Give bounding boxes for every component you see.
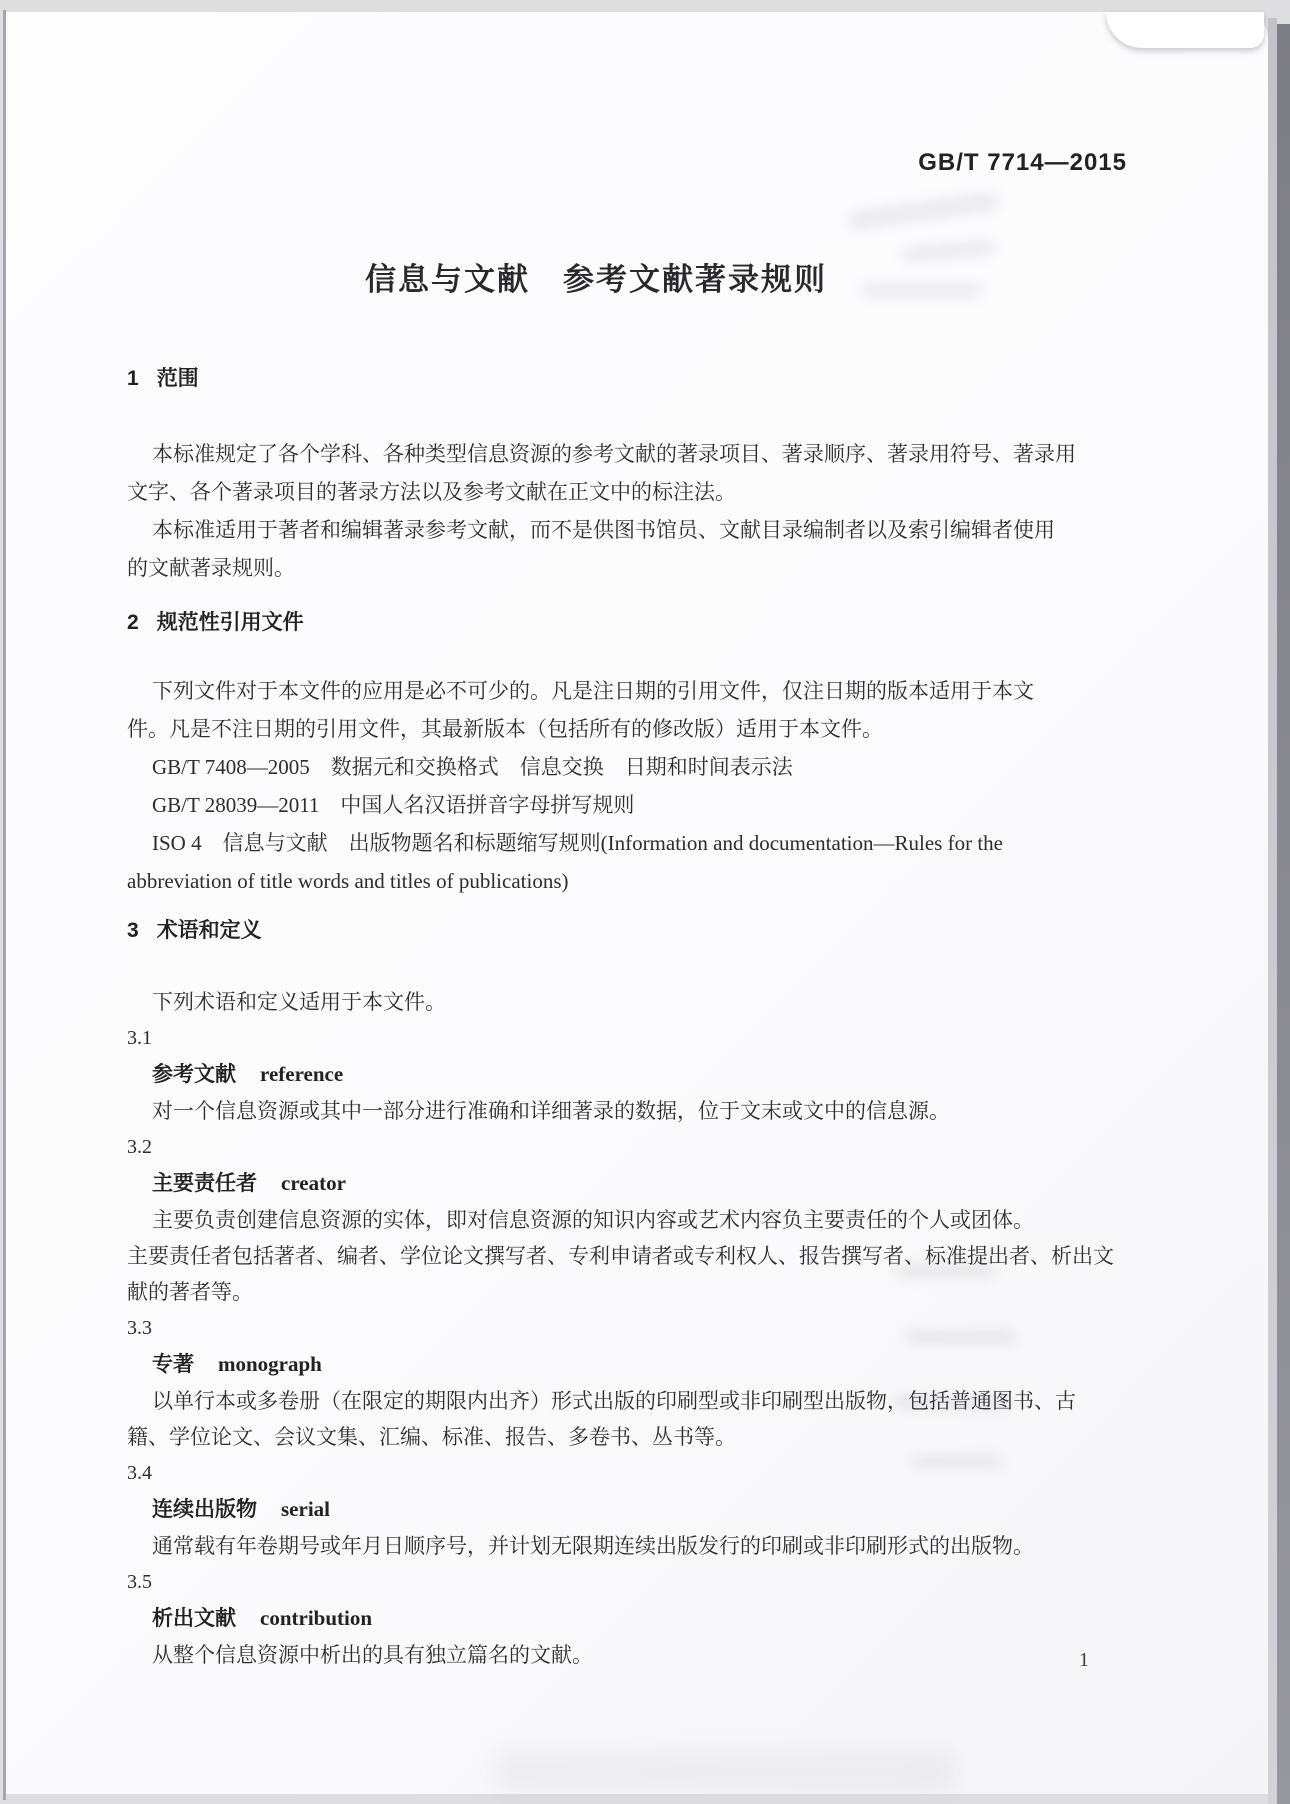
paragraph-line: 的文献著录规则。 [127, 549, 1109, 587]
section-3-label: 术语和定义 [157, 919, 262, 942]
scan-smudge [496, 1752, 956, 1792]
term-definition-line: 主要负责创建信息资源的实体，即对信息资源的知识内容或艺术内容负主要责任的个人或团… [127, 1202, 1109, 1238]
term-3-4-number: 3.4 [127, 1455, 1109, 1491]
paragraph-line: 件。凡是不注日期的引用文件，其最新版本（包括所有的修改版）适用于本文件。 [127, 710, 1109, 748]
term-english: monograph [218, 1352, 322, 1376]
document-body: 1范围 本标准规定了各个学科、各种类型信息资源的参考文献的著录项目、著录顺序、著… [127, 364, 1109, 1673]
section-1-paragraph-2: 本标准适用于著者和编辑著录参考文献，而不是供图书馆员、文献目录编制者以及索引编辑… [127, 511, 1109, 587]
term-english: reference [260, 1062, 343, 1086]
paragraph-line: 本标准适用于著者和编辑著录参考文献，而不是供图书馆员、文献目录编制者以及索引编辑… [127, 511, 1109, 549]
reference-item: ISO 4 信息与文献 出版物题名和标题缩写规则(Information and… [127, 824, 1109, 862]
page-corner-curl [1106, 12, 1264, 48]
term-english: contribution [260, 1606, 372, 1630]
section-3-heading: 3术语和定义 [127, 916, 1109, 946]
reference-item-continuation: abbreviation of title words and titles o… [127, 862, 1109, 900]
term-definition-line: 对一个信息资源或其中一部分进行准确和详细著录的数据，位于文末或文中的信息源。 [127, 1093, 1109, 1129]
term-english: creator [281, 1171, 346, 1195]
scan-smudge [847, 192, 998, 231]
section-2-label: 规范性引用文件 [157, 611, 304, 634]
document-page: GB/T 7714—2015 信息与文献 参考文献著录规则 1范围 本标准规定了… [6, 12, 1268, 1794]
page-right-edge-dark [1277, 24, 1290, 1804]
term-3-5: 析出文献contribution [127, 1600, 1109, 1637]
term-3-3: 专著monograph [127, 1346, 1109, 1383]
term-3-3-number: 3.3 [127, 1310, 1109, 1346]
term-definition-line: 主要责任者包括著者、编者、学位论文撰写者、专利申请者或专利权人、报告撰写者、标准… [127, 1238, 1109, 1274]
document-title: 信息与文献 参考文献著录规则 [105, 258, 1087, 302]
section-3-number: 3 [127, 919, 139, 942]
section-3-intro: 下列术语和定义适用于本文件。 [127, 984, 1109, 1020]
term-english: serial [281, 1497, 330, 1521]
reference-item: GB/T 28039—2011 中国人名汉语拼音字母拼写规则 [127, 786, 1109, 824]
paragraph-line: 本标准规定了各个学科、各种类型信息资源的参考文献的著录项目、著录顺序、著录用符号… [127, 435, 1109, 473]
term-3-5-number: 3.5 [127, 1564, 1109, 1600]
section-1-label: 范围 [157, 367, 199, 390]
paragraph-line: 文字、各个著录项目的著录方法以及参考文献在正文中的标注法。 [127, 473, 1109, 511]
term-chinese: 专著 [152, 1353, 194, 1376]
term-chinese: 主要责任者 [152, 1172, 257, 1195]
term-definition-line: 从整个信息资源中析出的具有独立篇名的文献。 [127, 1637, 1109, 1673]
paragraph-line: 下列文件对于本文件的应用是必不可少的。凡是注日期的引用文件，仅注日期的版本适用于… [127, 672, 1109, 710]
term-definition-line: 通常载有年卷期号或年月日顺序号，并计划无限期连续出版发行的印刷或非印刷形式的出版… [127, 1528, 1109, 1564]
page-number: 1 [1079, 1648, 1089, 1672]
term-definition-line: 以单行本或多卷册（在限定的期限内出齐）形式出版的印刷型或非印刷型出版物，包括普通… [127, 1383, 1109, 1419]
standard-code: GB/T 7714—2015 [918, 150, 1127, 176]
page-right-edge-light [1268, 18, 1277, 1804]
section-1-heading: 1范围 [127, 364, 1109, 394]
term-chinese: 参考文献 [152, 1063, 236, 1086]
section-2-number: 2 [127, 611, 139, 634]
term-definition-line: 献的著者等。 [127, 1274, 1109, 1310]
section-2-heading: 2规范性引用文件 [127, 608, 1109, 638]
term-chinese: 析出文献 [152, 1607, 236, 1630]
term-3-2-number: 3.2 [127, 1129, 1109, 1165]
scan-background: { "document": { "standard_code": "GB/T 7… [0, 0, 1290, 1804]
term-3-4: 连续出版物serial [127, 1491, 1109, 1528]
term-3-1: 参考文献reference [127, 1056, 1109, 1093]
section-2-paragraph: 下列文件对于本文件的应用是必不可少的。凡是注日期的引用文件，仅注日期的版本适用于… [127, 672, 1109, 748]
term-3-2: 主要责任者creator [127, 1165, 1109, 1202]
term-chinese: 连续出版物 [152, 1498, 257, 1521]
term-3-1-number: 3.1 [127, 1020, 1109, 1056]
term-definition-line: 籍、学位论文、会议文集、汇编、标准、报告、多卷书、丛书等。 [127, 1419, 1109, 1455]
section-1-number: 1 [127, 367, 139, 390]
normative-reference-list: GB/T 7408—2005 数据元和交换格式 信息交换 日期和时间表示法 GB… [127, 748, 1109, 900]
reference-item: GB/T 7408—2005 数据元和交换格式 信息交换 日期和时间表示法 [127, 748, 1109, 786]
section-1-paragraph-1: 本标准规定了各个学科、各种类型信息资源的参考文献的著录项目、著录顺序、著录用符号… [127, 435, 1109, 511]
